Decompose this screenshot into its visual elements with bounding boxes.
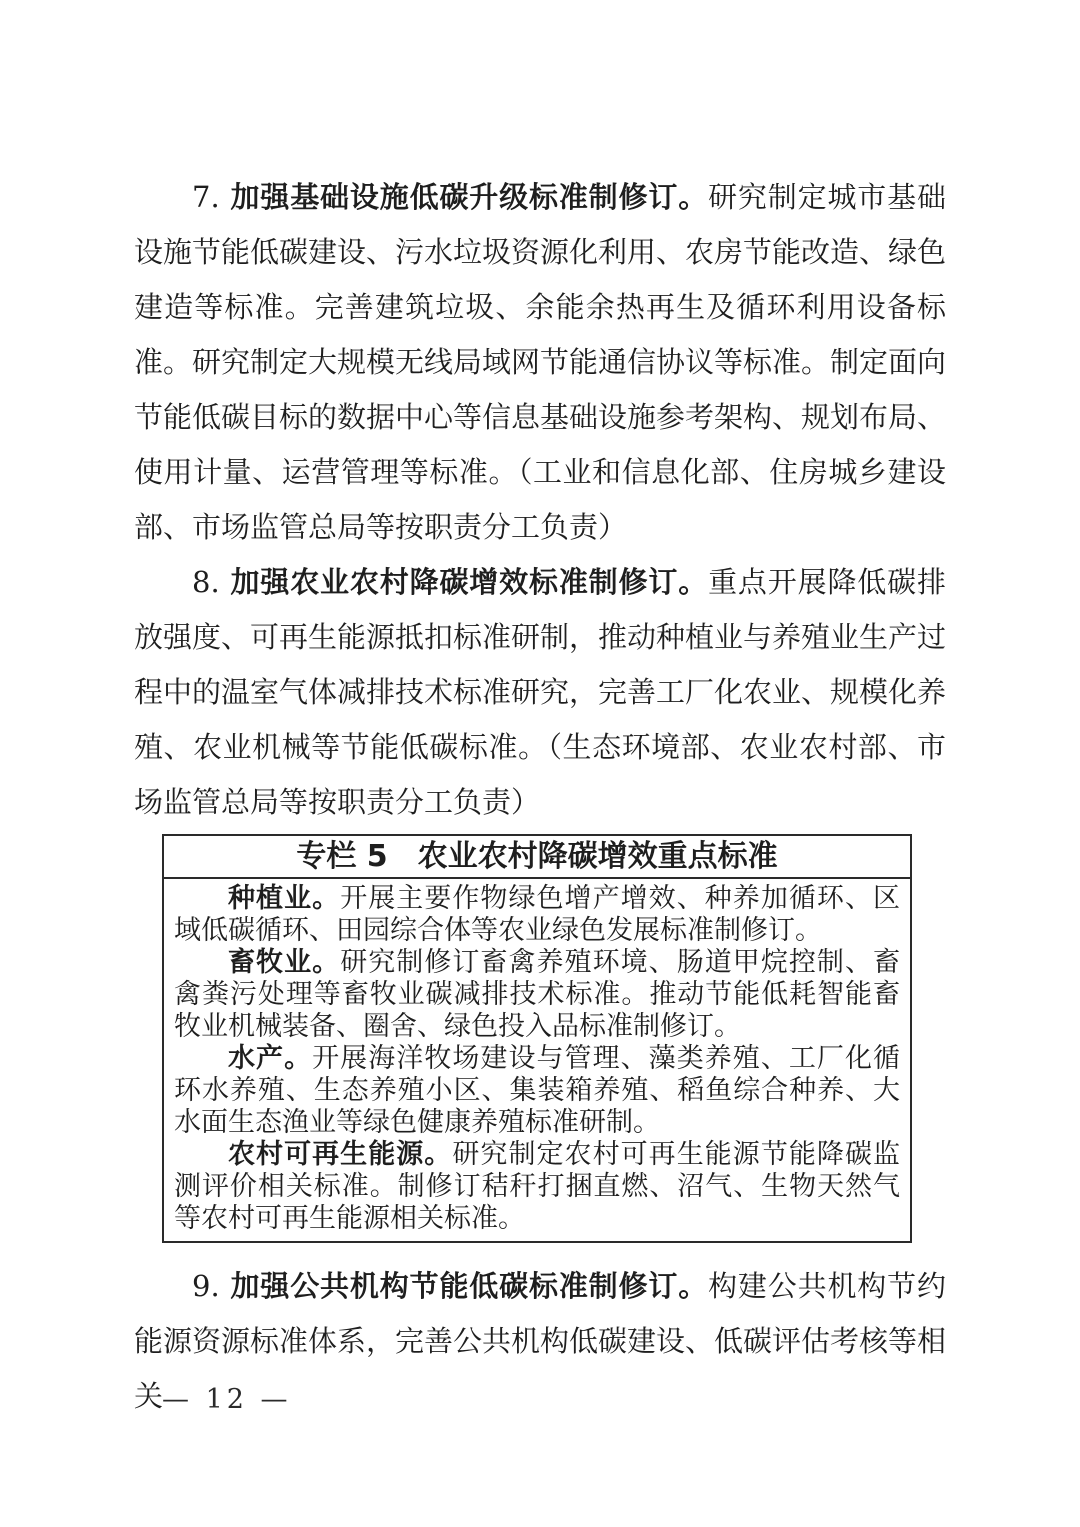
document-body: 7.加强基础设施低碳升级标准制修订。研究制定城市基础设施节能低碳建设、污水垃圾资… <box>134 170 946 1424</box>
box-section-rural-renewables: 农村可再生能源。研究制定农村可再生能源节能降碳监测评价相关标准。制修订秸秆打捆直… <box>174 1139 900 1235</box>
page-number: — 12 — <box>162 1384 292 1415</box>
box-section-lead: 畜牧业。 <box>228 947 340 978</box>
item-number: 8. <box>192 565 220 599</box>
item-body-text: 研究制定城市基础设施节能低碳建设、污水垃圾资源化利用、农房节能改造、绿色建造等标… <box>134 180 946 544</box>
box-section-lead: 水产。 <box>228 1043 312 1074</box>
item-lead-sentence: 加强基础设施低碳升级标准制修订。 <box>230 180 708 214</box>
paragraph-item-7: 7.加强基础设施低碳升级标准制修订。研究制定城市基础设施节能低碳建设、污水垃圾资… <box>134 170 946 555</box>
box-section-planting: 种植业。开展主要作物绿色增产增效、种养加循环、区域低碳循环、田园综合体等农业绿色… <box>174 883 900 947</box>
box-section-aquaculture: 水产。开展海洋牧场建设与管理、藻类养殖、工厂化循环水养殖、生态养殖小区、集装箱养… <box>174 1043 900 1139</box>
paragraph-item-8: 8.加强农业农村降碳增效标准制修订。重点开展降低碳排放强度、可再生能源抵扣标准研… <box>134 555 946 830</box>
callout-box-column5: 专栏 5 农业农村降碳增效重点标准 种植业。开展主要作物绿色增产增效、种养加循环… <box>162 834 912 1243</box>
item-lead-sentence: 加强农业农村降碳增效标准制修订。 <box>230 565 708 599</box>
callout-box-title: 专栏 5 农业农村降碳增效重点标准 <box>164 836 910 879</box>
document-page: 7.加强基础设施低碳升级标准制修订。研究制定城市基础设施节能低碳建设、污水垃圾资… <box>0 0 1080 1527</box>
item-number: 7. <box>192 180 220 214</box>
item-body-text: 重点开展降低碳排放强度、可再生能源抵扣标准研制，推动种植业与养殖业生产过程中的温… <box>134 565 946 819</box>
box-section-lead: 农村可再生能源。 <box>228 1139 452 1170</box>
item-number: 9. <box>192 1269 220 1303</box>
callout-box-body: 种植业。开展主要作物绿色增产增效、种养加循环、区域低碳循环、田园综合体等农业绿色… <box>164 879 910 1241</box>
box-section-livestock: 畜牧业。研究制修订畜禽养殖环境、肠道甲烷控制、畜禽粪污处理等畜牧业碳减排技术标准… <box>174 947 900 1043</box>
item-lead-sentence: 加强公共机构节能低碳标准制修订。 <box>230 1269 708 1303</box>
box-section-lead: 种植业。 <box>228 883 340 914</box>
